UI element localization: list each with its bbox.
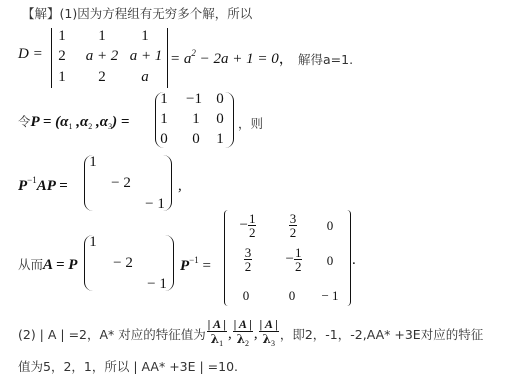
det-cell: 2: [82, 69, 122, 86]
result-cell: −12: [228, 212, 268, 239]
result-cell: 0: [320, 253, 340, 269]
eigen-fraction-2: | A |λ2: [233, 318, 253, 350]
p-prefix: 令: [18, 114, 31, 129]
denominator: 2: [294, 260, 303, 273]
part2-line2: 值为5，2，1，所以 | AA* +3E | =10.: [18, 357, 238, 375]
det-result: = a2 − 2a + 1 = 0，: [170, 47, 294, 68]
det-cell: a + 1: [124, 48, 168, 65]
lambda: λ: [263, 332, 271, 346]
det-tail: ，: [279, 51, 294, 67]
eigen-fraction-3: | A |λ3: [259, 318, 279, 350]
det-result-prefix: = a: [170, 51, 191, 67]
a-prefix: 从而: [18, 257, 43, 272]
p-symbol: P: [18, 178, 27, 194]
alpha-3: ,α: [92, 114, 108, 130]
a-diag-entry-2: − 2: [106, 255, 140, 272]
diag-lhs-rest: AP =: [37, 178, 68, 194]
det-cell: 1: [124, 28, 166, 45]
p-inv-exponent: −1: [189, 255, 199, 265]
result-cell: −12: [274, 246, 314, 273]
eigen-fraction-1: | A |λ1: [207, 318, 227, 350]
diag-lhs: P−1AP =: [18, 175, 68, 195]
p-suffix: ，则: [238, 114, 263, 132]
numerator: 3: [244, 246, 253, 260]
det-cell: 1: [82, 28, 122, 45]
p-cell: 0: [184, 131, 208, 148]
det-left-bar: [51, 28, 52, 88]
det-cell: a: [124, 69, 166, 86]
p-definition: 令P = (α1 ,α2 ,α3) =: [18, 112, 129, 131]
a-diag-entry-1: 1: [88, 234, 98, 251]
result-cell: 0: [236, 288, 256, 304]
a-lhs: 从而A = P: [18, 255, 77, 274]
part2-prefix: (2) | A | =2，A* 对应的特征值为: [18, 325, 206, 343]
p-inverse: P−1 =: [180, 255, 211, 275]
result-cell: 0: [320, 218, 340, 234]
p-cell: 1: [158, 111, 170, 128]
result-cell: 0: [282, 288, 302, 304]
p-close: ) =: [112, 114, 129, 130]
det-cell: 1: [55, 69, 69, 86]
lambda-sub: 3: [271, 339, 275, 348]
p-cell: 1: [184, 111, 208, 128]
denominator: 2: [248, 226, 257, 239]
diag-entry-3: − 1: [140, 196, 170, 213]
diag-entry-1: 1: [88, 154, 98, 171]
p-cell: 1: [214, 131, 226, 148]
result-cell: − 1: [316, 288, 344, 304]
diag-entry-2: − 2: [104, 175, 138, 192]
a-suffix: .: [352, 252, 356, 269]
diag-suffix: ,: [178, 178, 182, 195]
equals: =: [203, 258, 211, 274]
separator: ,: [254, 326, 258, 343]
lambda: λ: [237, 332, 245, 346]
a-equals-p: A = P: [43, 257, 77, 273]
p-cell: 0: [214, 111, 226, 128]
det-result-suffix: − 2a + 1 = 0: [196, 51, 279, 67]
numerator: | A |: [207, 318, 227, 332]
part2-line1: (2) | A | =2，A* 对应的特征值为 | A |λ1 , | A |λ…: [18, 318, 483, 350]
lambda: λ: [211, 332, 219, 346]
part2-suffix: ，即2，-1，-2,AA* +3E对应的特征: [280, 325, 483, 343]
det-cell: a + 2: [78, 48, 126, 65]
solution-intro: 【解】(1)因为方程组有无穷多个解，所以: [22, 4, 252, 22]
numerator: 1: [294, 246, 303, 260]
sign: −: [286, 251, 294, 267]
separator: ,: [228, 326, 232, 343]
p-cell: 1: [158, 91, 170, 108]
numerator: | A |: [233, 318, 253, 332]
p-lhs: P = (α: [31, 114, 69, 130]
numerator: 1: [248, 212, 257, 226]
a-diag-entry-3: − 1: [142, 276, 172, 293]
lambda-sub: 2: [245, 339, 249, 348]
det-cell: 1: [55, 28, 69, 45]
denominator: 2: [289, 226, 298, 239]
denominator: 2: [244, 260, 253, 273]
alpha-2: ,α: [72, 114, 88, 130]
inverse-exponent: −1: [27, 175, 37, 185]
p-cell: 0: [158, 131, 170, 148]
result-cell: 32: [228, 246, 268, 273]
p-inv-symbol: P: [180, 258, 189, 274]
numerator: | A |: [259, 318, 279, 332]
sign: −: [240, 217, 248, 233]
solve-text: 解得a=1.: [298, 50, 353, 68]
p-matrix-right-paren: [225, 92, 234, 148]
det-cell: 2: [55, 48, 69, 65]
numerator: 3: [289, 212, 298, 226]
det-label: D =: [18, 46, 43, 63]
lambda-sub: 1: [219, 339, 223, 348]
p-cell: −1: [180, 91, 208, 108]
result-cell: 32: [278, 212, 308, 239]
p-cell: 0: [214, 91, 226, 108]
